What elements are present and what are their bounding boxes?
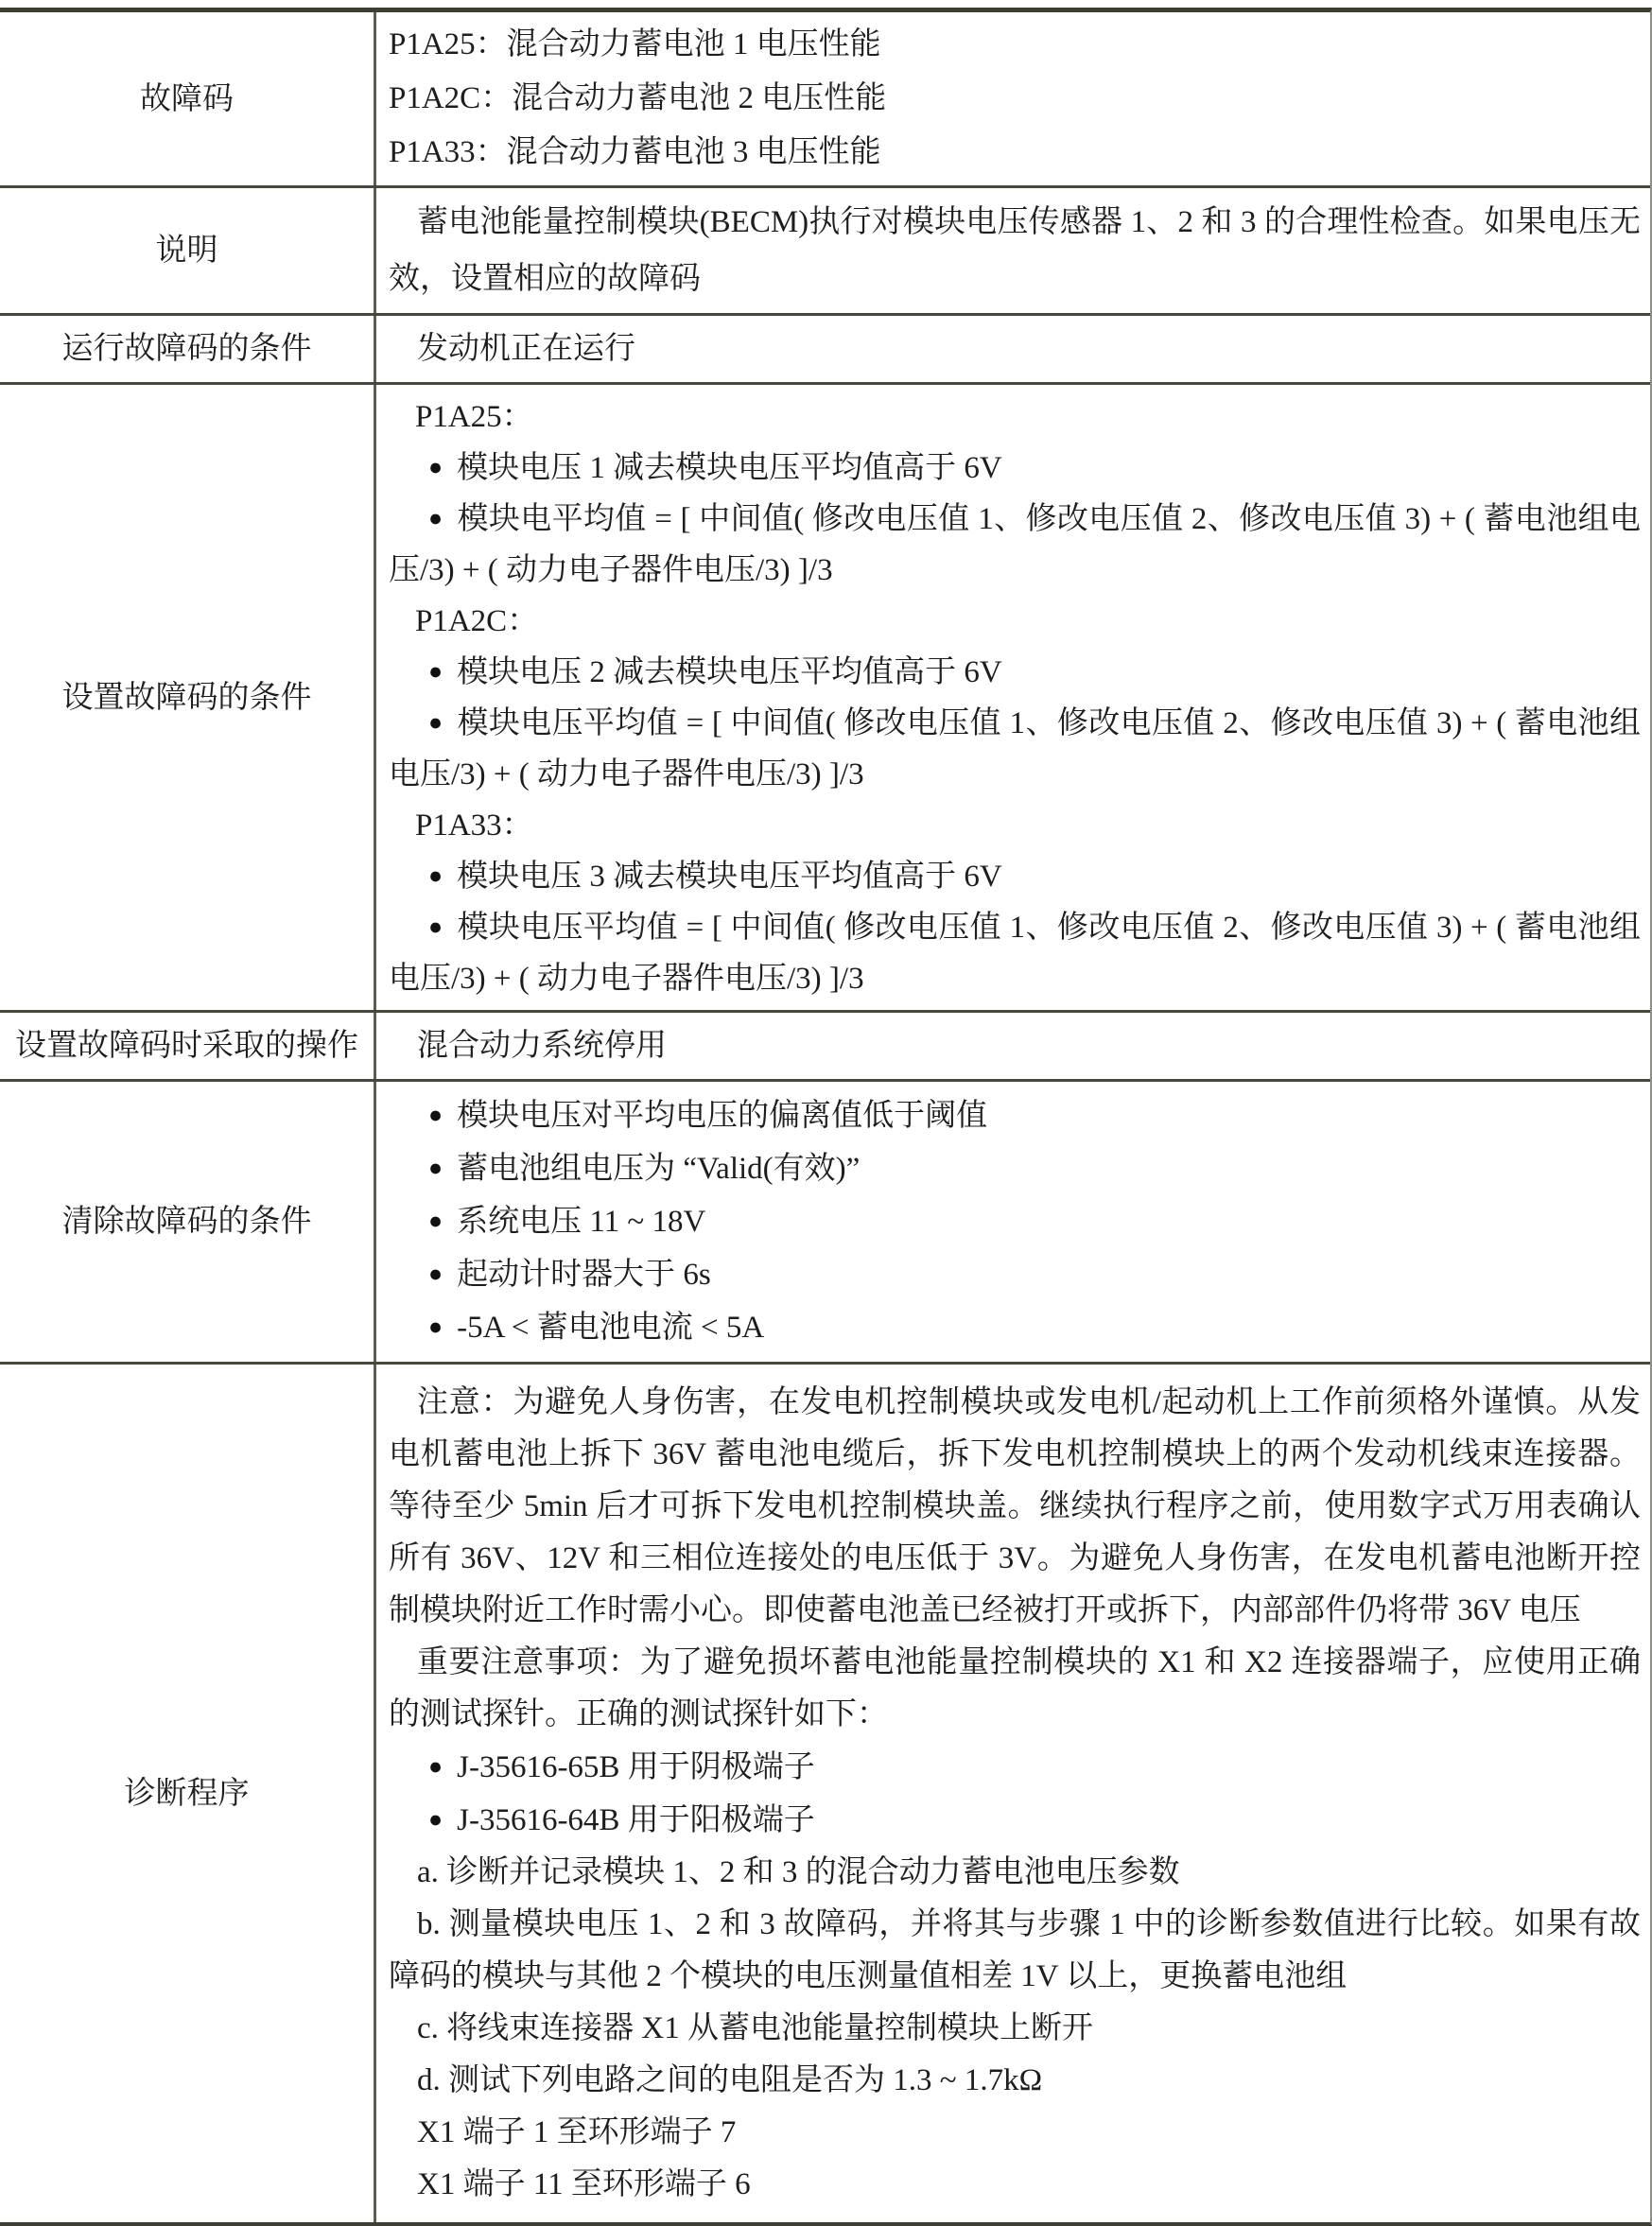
bullet-icon: ●	[428, 1261, 443, 1287]
list-item: ●-5A < 蓄电池电流 < 5A	[389, 1301, 1641, 1354]
bullet-icon: ●	[428, 455, 443, 480]
list-item: ●模块电压 3 减去模块电压平均值高于 6V	[389, 851, 1641, 902]
row-set-conditions: 设置故障码的条件 P1A25： ●模块电压 1 减去模块电压平均值高于 6V ●…	[0, 385, 1650, 1013]
bullet-icon: ●	[428, 1209, 443, 1234]
run-conditions-text: 发动机正在运行	[389, 322, 1641, 376]
list-item: ●J-35616-64B 用于阳极端子	[389, 1794, 1641, 1847]
list-item-text: 系统电压 11 ~ 18V	[457, 1205, 705, 1239]
list-item-text: 模块电压 1 减去模块电压平均值高于 6V	[457, 451, 1002, 485]
list-item: ●起动计时器大于 6s	[389, 1248, 1641, 1301]
list-item-text: -5A < 蓄电池电流 < 5A	[457, 1311, 764, 1345]
list-item: ●模块电压平均值 = [ 中间值( 修改电压值 1、修改电压值 2、修改电压值 …	[389, 698, 1641, 800]
run-conditions-label: 运行故障码的条件	[0, 316, 376, 382]
fault-code-line: P1A2C：混合动力蓄电池 2 电压性能	[389, 72, 1641, 126]
caution-paragraph: 注意：为避免人身伤害，在发电机控制模块或发电机/起动机上工作前须格外谨慎。从发电…	[389, 1377, 1641, 1637]
fault-code-line: P1A25：混合动力蓄电池 1 电压性能	[389, 18, 1641, 72]
procedure-step: d. 测试下列电路之间的电阻是否为 1.3 ~ 1.7kΩ	[389, 2055, 1641, 2107]
bullet-icon: ●	[428, 863, 443, 889]
procedure-step: X1 端子 1 至环形端子 7	[389, 2107, 1641, 2159]
important-paragraph: 重要注意事项：为了避免损坏蓄电池能量控制模块的 X1 和 X2 连接器端子，应使…	[389, 1637, 1641, 1741]
dtc-group-code: P1A2C：	[389, 596, 1641, 647]
list-item-text: J-35616-65B 用于阴极端子	[457, 1750, 815, 1784]
bullet-icon: ●	[428, 659, 443, 685]
list-item: ●模块电压对平均电压的偏离值低于阈值	[389, 1089, 1641, 1142]
description-label: 说明	[0, 188, 376, 313]
list-item: ●J-35616-65B 用于阴极端子	[389, 1741, 1641, 1794]
fault-code-label: 故障码	[0, 12, 376, 185]
list-item: ●模块电压 1 减去模块电压平均值高于 6V	[389, 443, 1641, 494]
list-item-text: 蓄电池组电压为 “Valid(有效)”	[457, 1152, 860, 1186]
bullet-icon: ●	[428, 1156, 443, 1181]
row-diagnostic-procedure: 诊断程序 注意：为避免人身伤害，在发电机控制模块或发电机/起动机上工作前须格外谨…	[0, 1365, 1650, 2222]
action-taken-content: 混合动力系统停用	[376, 1013, 1650, 1079]
document-page: 故障码 P1A25：混合动力蓄电池 1 电压性能 P1A2C：混合动力蓄电池 2…	[0, 0, 1652, 2217]
bullet-icon: ●	[428, 1314, 443, 1340]
procedure-step: X1 端子 11 至环形端子 6	[389, 2159, 1641, 2211]
set-conditions-content: P1A25： ●模块电压 1 减去模块电压平均值高于 6V ●模块电平均值 = …	[376, 385, 1650, 1010]
dtc-group-code: P1A33：	[389, 800, 1641, 851]
diagnostic-procedure-content: 注意：为避免人身伤害，在发电机控制模块或发电机/起动机上工作前须格外谨慎。从发电…	[376, 1365, 1650, 2222]
bullet-icon: ●	[428, 710, 443, 736]
list-item: ●模块电压 2 减去模块电压平均值高于 6V	[389, 647, 1641, 698]
list-item-text: 模块电压 2 减去模块电压平均值高于 6V	[457, 655, 1002, 689]
list-item-text: 模块电平均值 = [ 中间值( 修改电压值 1、修改电压值 2、修改电压值 3)…	[389, 502, 1641, 587]
row-clear-conditions: 清除故障码的条件 ●模块电压对平均电压的偏离值低于阈值 ●蓄电池组电压为 “Va…	[0, 1082, 1650, 1365]
list-item: ●模块电平均值 = [ 中间值( 修改电压值 1、修改电压值 2、修改电压值 3…	[389, 494, 1641, 596]
action-taken-text: 混合动力系统停用	[389, 1018, 1641, 1073]
bullet-icon: ●	[428, 506, 443, 531]
procedure-step: c. 将线束连接器 X1 从蓄电池能量控制模块上断开	[389, 2003, 1641, 2055]
bullet-icon: ●	[428, 1103, 443, 1128]
description-text: 蓄电池能量控制模块(BECM)执行对模块电压传感器 1、2 和 3 的合理性检查…	[389, 194, 1641, 307]
list-item: ●蓄电池组电压为 “Valid(有效)”	[389, 1142, 1641, 1195]
row-run-conditions: 运行故障码的条件 发动机正在运行	[0, 316, 1650, 385]
clear-conditions-content: ●模块电压对平均电压的偏离值低于阈值 ●蓄电池组电压为 “Valid(有效)” …	[376, 1082, 1650, 1362]
diagnostic-procedure-label: 诊断程序	[0, 1365, 376, 2222]
list-item-text: 模块电压 3 减去模块电压平均值高于 6V	[457, 860, 1002, 894]
list-item: ●模块电压平均值 = [ 中间值( 修改电压值 1、修改电压值 2、修改电压值 …	[389, 902, 1641, 1004]
action-taken-label: 设置故障码时采取的操作	[0, 1013, 376, 1079]
fault-code-line: P1A33：混合动力蓄电池 3 电压性能	[389, 126, 1641, 180]
row-action-taken: 设置故障码时采取的操作 混合动力系统停用	[0, 1013, 1650, 1082]
list-item-text: 模块电压平均值 = [ 中间值( 修改电压值 1、修改电压值 2、修改电压值 3…	[389, 911, 1641, 996]
bullet-icon: ●	[428, 1754, 443, 1780]
dtc-table: 故障码 P1A25：混合动力蓄电池 1 电压性能 P1A2C：混合动力蓄电池 2…	[0, 8, 1652, 2226]
list-item-text: 模块电压平均值 = [ 中间值( 修改电压值 1、修改电压值 2、修改电压值 3…	[389, 706, 1641, 791]
list-item-text: 模块电压对平均电压的偏离值低于阈值	[457, 1099, 987, 1133]
fault-code-content: P1A25：混合动力蓄电池 1 电压性能 P1A2C：混合动力蓄电池 2 电压性…	[376, 12, 1650, 185]
row-description: 说明 蓄电池能量控制模块(BECM)执行对模块电压传感器 1、2 和 3 的合理…	[0, 188, 1650, 316]
list-item: ●系统电压 11 ~ 18V	[389, 1195, 1641, 1248]
clear-conditions-label: 清除故障码的条件	[0, 1082, 376, 1362]
set-conditions-label: 设置故障码的条件	[0, 385, 376, 1010]
bullet-icon: ●	[428, 914, 443, 940]
description-content: 蓄电池能量控制模块(BECM)执行对模块电压传感器 1、2 和 3 的合理性检查…	[376, 188, 1650, 313]
procedure-step: a. 诊断并记录模块 1、2 和 3 的混合动力蓄电池电压参数	[389, 1847, 1641, 1899]
procedure-step: b. 测量模块电压 1、2 和 3 故障码，并将其与步骤 1 中的诊断参数值进行…	[389, 1899, 1641, 2003]
row-fault-code: 故障码 P1A25：混合动力蓄电池 1 电压性能 P1A2C：混合动力蓄电池 2…	[0, 12, 1650, 188]
run-conditions-content: 发动机正在运行	[376, 316, 1650, 382]
list-item-text: 起动计时器大于 6s	[457, 1258, 711, 1292]
bullet-icon: ●	[428, 1807, 443, 1833]
dtc-group-code: P1A25：	[389, 391, 1641, 443]
list-item-text: J-35616-64B 用于阳极端子	[457, 1803, 815, 1837]
